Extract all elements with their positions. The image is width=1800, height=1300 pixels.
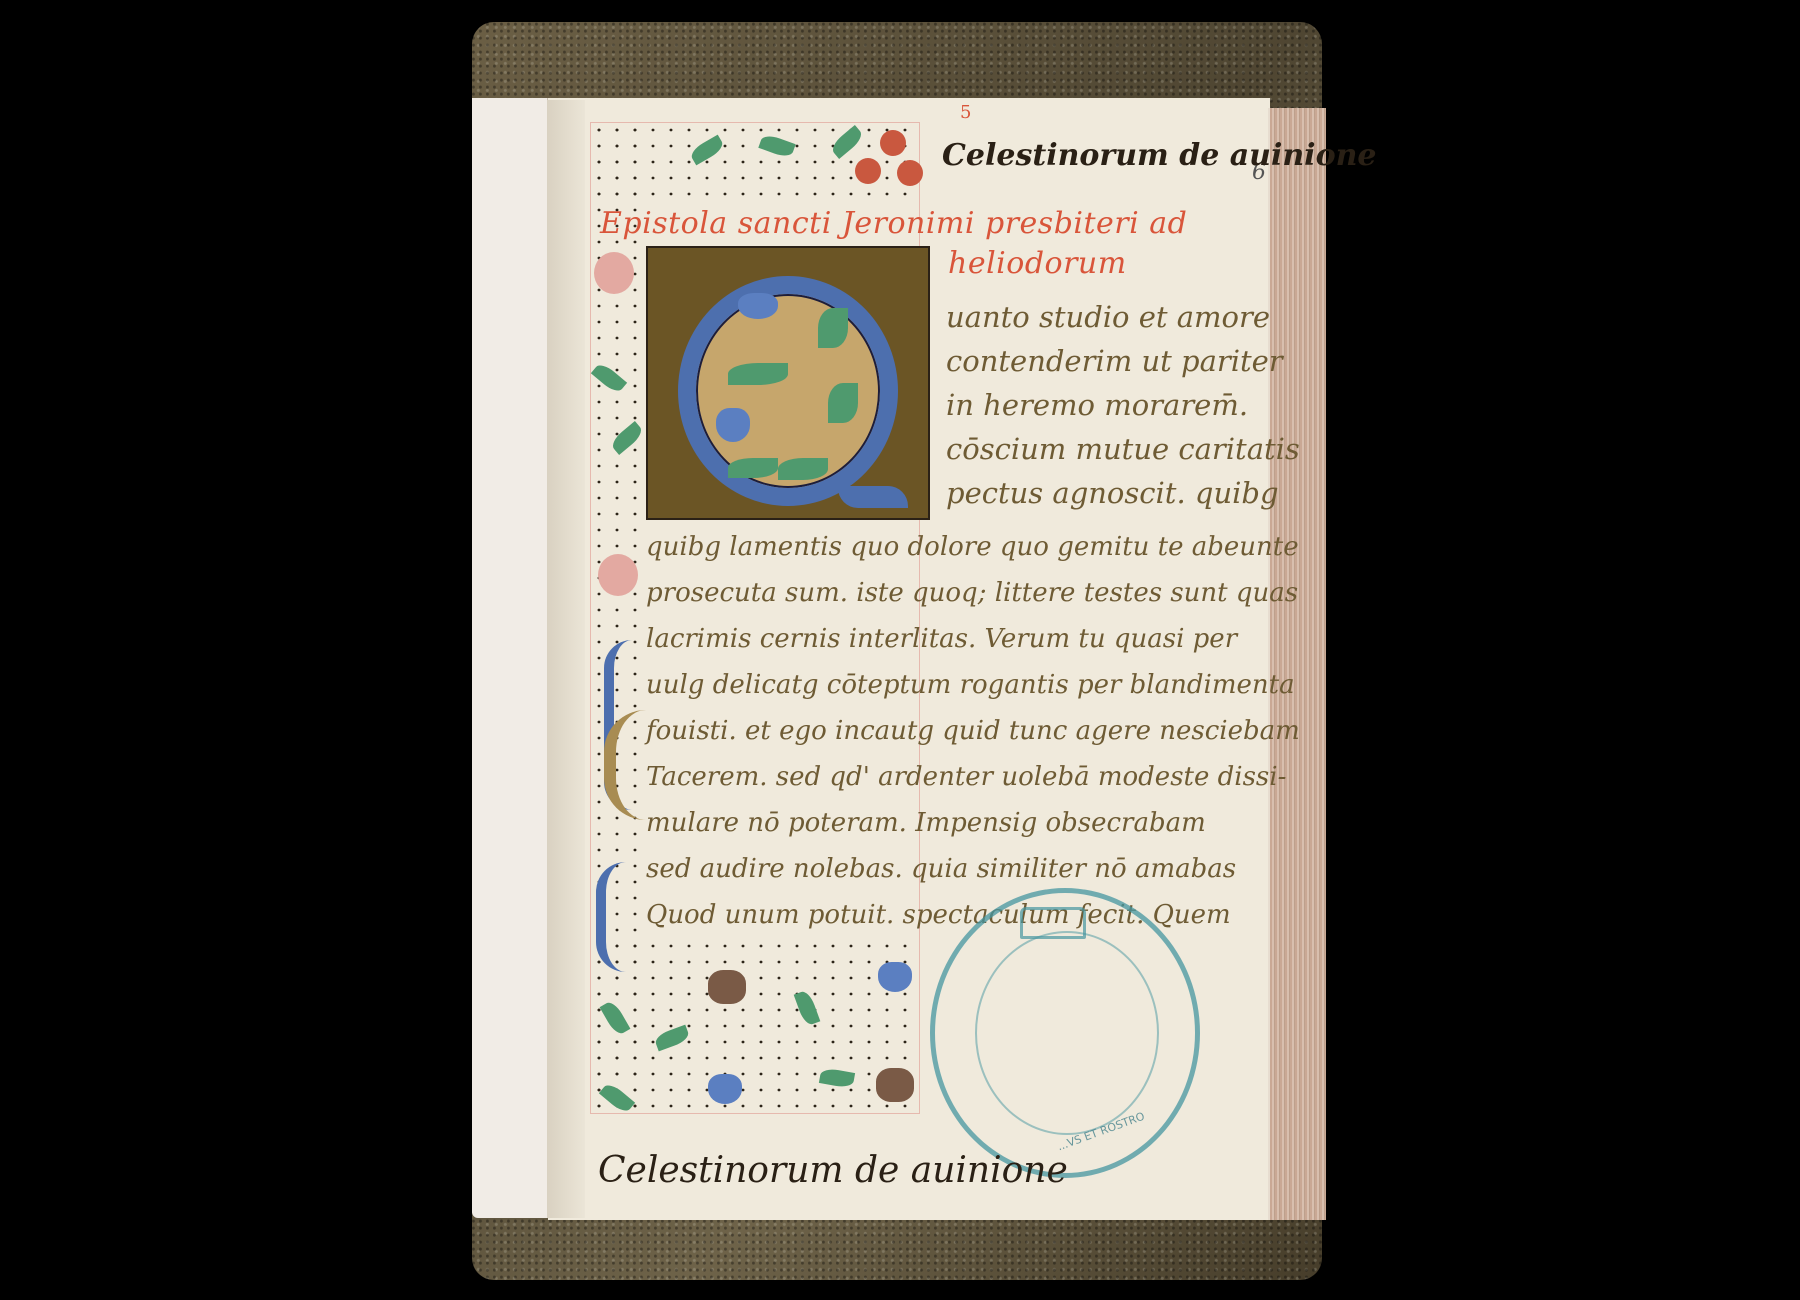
text-line: quibg lamentis quo dolore quo gemitu te …: [646, 532, 1299, 562]
rubric-line: Epistola sancti Jeronimi presbiteri ad: [600, 206, 1187, 241]
illuminated-initial: [646, 246, 930, 520]
bottom-ownership-note: Celestinorum de auinione: [598, 1150, 1068, 1191]
text-line: fouisti. et ego incautg quid tunc agere …: [646, 716, 1300, 746]
cherry-icon: [897, 160, 923, 186]
flyleaf-page: [472, 98, 548, 1218]
folio-number-red: 5: [960, 102, 971, 123]
leaf-icon: [728, 458, 778, 478]
stamp-inner-ring: [975, 931, 1159, 1135]
text-line: uulg delicatg cōteptum rogantis per blan…: [646, 670, 1295, 700]
text-line: Tacerem. sed qd' ardenter uolebā modeste…: [646, 762, 1286, 792]
brown-flower-icon: [876, 1068, 914, 1102]
rubric-line: heliodorum: [948, 246, 1127, 281]
blue-flower-icon: [878, 962, 912, 992]
brown-flower-icon: [708, 970, 746, 1004]
page-fore-edge: [1268, 108, 1326, 1220]
leaf-icon: [818, 308, 848, 348]
cherry-icon: [855, 158, 881, 184]
initial-q-tail: [838, 486, 908, 508]
blue-flower-icon: [716, 408, 750, 442]
text-line: contenderim ut pariter: [946, 344, 1283, 378]
blue-flower-icon: [738, 293, 778, 319]
leaf-icon: [778, 458, 828, 480]
page-gutter: [547, 100, 585, 1218]
top-ownership-note: Celestinorum de auinione: [942, 138, 1377, 173]
pink-flower-icon: [594, 252, 634, 294]
text-line: prosecuta sum. iste quoq; littere testes…: [646, 578, 1298, 608]
leaf-icon: [728, 363, 788, 385]
library-stamp: ...VS ET ROSTRO: [930, 888, 1200, 1178]
text-line: lacrimis cernis interlitas. Verum tu qua…: [646, 624, 1237, 654]
pink-flower-icon: [598, 554, 638, 596]
text-line: uanto studio et amore: [946, 300, 1270, 334]
text-line: in heremo morarem̄.: [946, 388, 1248, 422]
text-line: mulare nō poteram. Impensig obsecrabam: [646, 808, 1206, 838]
text-line: sed audire nolebas. quia similiter nō am…: [646, 854, 1236, 884]
text-line: pectus agnoscit. quibg: [946, 476, 1279, 510]
leaf-icon: [828, 383, 858, 423]
blue-flower-icon: [708, 1074, 742, 1104]
text-line: cōscium mutue caritatis: [946, 432, 1300, 466]
cherry-icon: [880, 130, 906, 156]
blue-scroll-ornament: [596, 862, 626, 972]
